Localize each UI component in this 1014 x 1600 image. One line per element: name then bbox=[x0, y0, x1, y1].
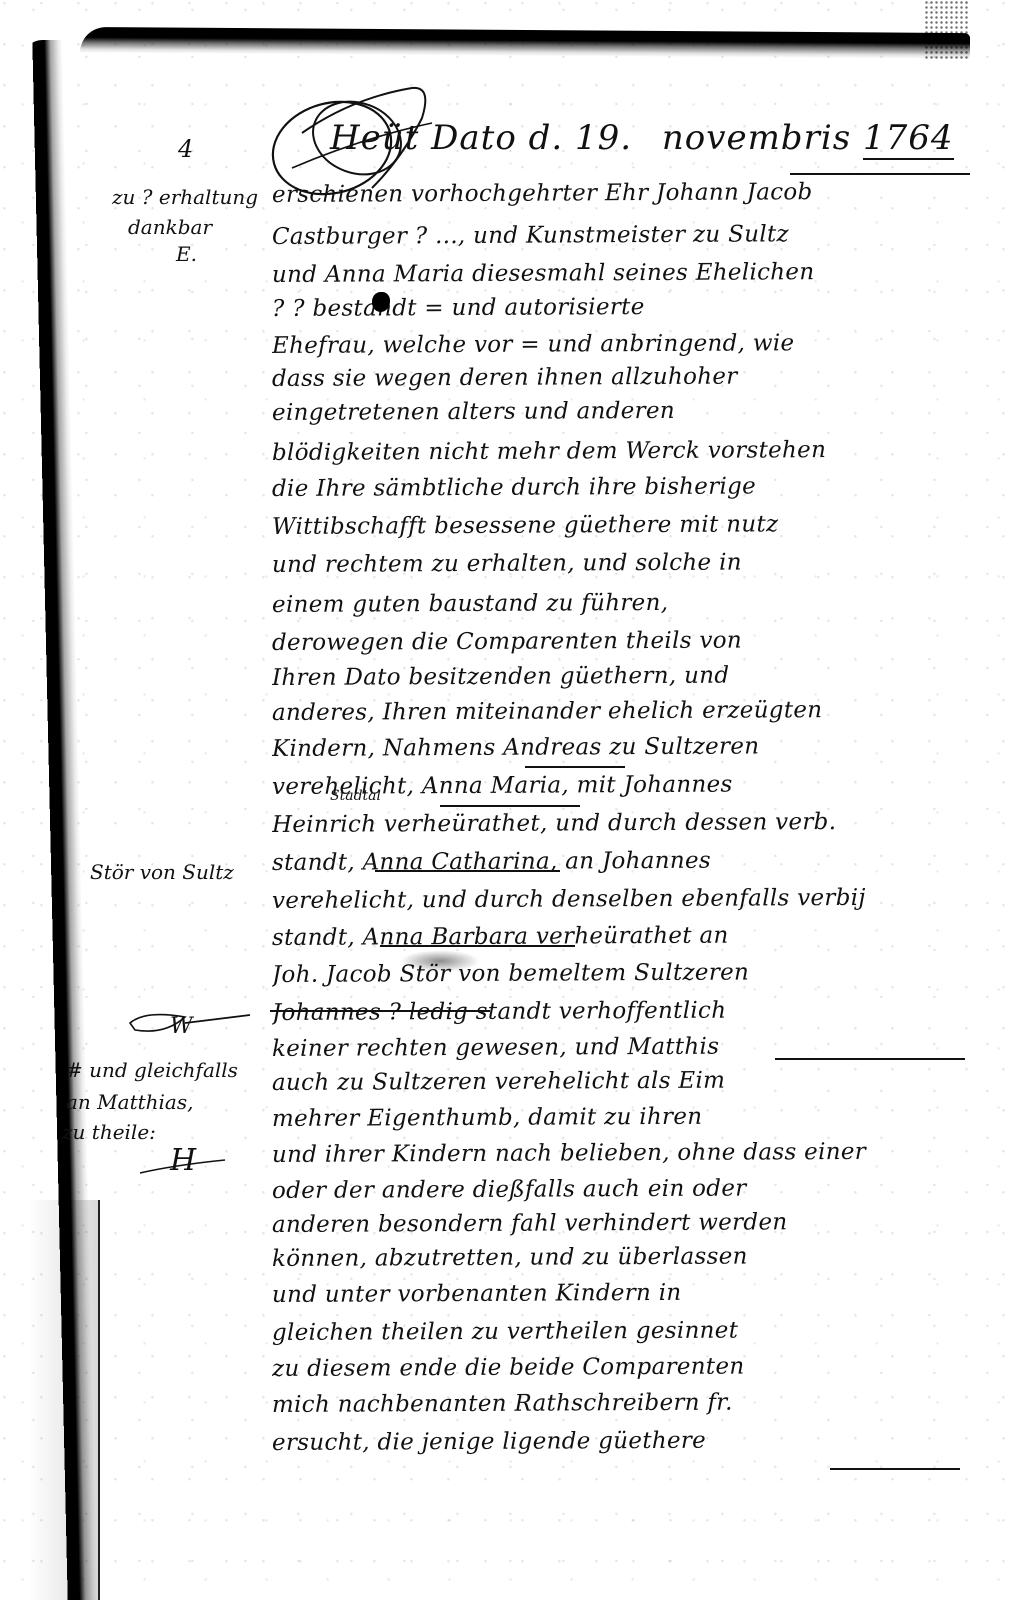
body-line-34: mich nachbenanten Rathschreibern fr. bbox=[272, 1388, 972, 1418]
body-line-12: einem guten baustand zu führen, bbox=[272, 588, 972, 618]
body-line-32: gleichen theilen zu vertheilen gesinnet bbox=[272, 1316, 972, 1346]
body-line-25: auch zu Sultzeren verehelicht als Eim bbox=[272, 1066, 972, 1096]
body-line-26: mehrer Eigenthumb, damit zu ihren bbox=[272, 1102, 972, 1132]
page-top-edge bbox=[80, 27, 970, 59]
heading-year: 1764 bbox=[863, 118, 954, 160]
body-line-22: Joh. Jacob Stör von bemeltem Sultzeren bbox=[272, 958, 972, 988]
body-line-17: verehelicht, Anna Maria, mit Johannes bbox=[272, 770, 972, 800]
body-line-29: anderen besondern fahl verhindert werden bbox=[272, 1208, 972, 1238]
margin-note-top-line3: E. bbox=[176, 242, 197, 266]
page-fold-edge bbox=[28, 1200, 100, 1600]
body-line-19: standt, Anna Catharina, an Johannes bbox=[272, 846, 972, 876]
margin-note-top-line2: dankbar bbox=[128, 215, 212, 239]
heading-month: novembris bbox=[662, 118, 851, 158]
body-line-16: Kindern, Nahmens Andreas zu Sultzeren bbox=[272, 732, 972, 762]
body-line-10: Wittibschafft besessene güethere mit nut… bbox=[272, 510, 972, 540]
margin-note-middle: Stör von Sultz bbox=[90, 860, 234, 884]
body-line-11: und rechtem zu erhalten, und solche in bbox=[272, 548, 972, 578]
body-line-3: und Anna Maria diesesmahl seines Ehelich… bbox=[272, 258, 972, 288]
svg-text:H: H bbox=[169, 1143, 197, 1178]
body-line-21: standt, Anna Barbara verheürathet an bbox=[272, 921, 972, 951]
body-line-1: erschienen vorhochgehrter Ehr Johann Jac… bbox=[272, 178, 972, 208]
body-line-7: eingetretenen alters und anderen bbox=[272, 396, 972, 426]
body-line-13: derowegen die Comparenten theils von bbox=[272, 626, 972, 656]
margin-note-lower-line2: an Matthias, bbox=[66, 1090, 193, 1114]
body-line-27: und ihrer Kindern nach belieben, ohne da… bbox=[272, 1138, 972, 1168]
body-line-8: blödigkeiten nicht mehr dem Werck vorste… bbox=[272, 436, 972, 466]
underline-anna-maria bbox=[440, 805, 580, 807]
ink-smudge bbox=[400, 950, 480, 972]
underline-anna-catharina bbox=[375, 870, 560, 872]
body-line-2: Castburger ? ..., und Kunstmeister zu Su… bbox=[272, 220, 972, 250]
underline-anna-barbara bbox=[380, 945, 575, 947]
underline-matthis bbox=[775, 1058, 965, 1060]
margin-note-top-line1: zu ? erhaltung bbox=[112, 185, 258, 209]
body-line-35: ersucht, die jenige ligende güethere bbox=[272, 1426, 972, 1456]
heading-date-prefix: Heüt Dato d. 19. bbox=[330, 118, 632, 158]
document-heading: Heüt Dato d. 19. novembris 1764 bbox=[330, 118, 980, 158]
body-line-33: zu diesem ende die beide Comparenten bbox=[272, 1352, 972, 1382]
underline-johannes bbox=[270, 1010, 490, 1012]
body-line-15: anderes, Ihren miteinander ehelich erzeü… bbox=[272, 696, 972, 726]
closing-line-stroke bbox=[830, 1468, 960, 1470]
paraph-h-icon: H bbox=[135, 1135, 235, 1185]
heading-underline bbox=[790, 173, 970, 175]
page-number-mark: 4 bbox=[178, 135, 193, 163]
body-line-30: können, abzutretten, und zu überlassen bbox=[272, 1242, 972, 1272]
body-line-6: dass sie wegen deren ihnen allzuhoher bbox=[272, 362, 972, 392]
body-line-31: und unter vorbenanten Kindern in bbox=[272, 1278, 972, 1308]
body-line-20: verehelicht, und durch denselben ebenfal… bbox=[272, 884, 972, 914]
paraph-w-icon: W bbox=[125, 1005, 255, 1045]
body-line-18: Heinrich verheürathet, und durch dessen … bbox=[272, 808, 972, 838]
body-line-28: oder der andere dießfalls auch ein oder bbox=[272, 1174, 972, 1204]
body-line-9: die Ihre sämbtliche durch ihre bisherige bbox=[272, 472, 972, 502]
body-line-14: Ihren Dato besitzenden güethern, und bbox=[272, 661, 972, 691]
body-line-5: Ehefrau, welche vor = und anbringend, wi… bbox=[272, 329, 972, 359]
svg-text:W: W bbox=[170, 1014, 195, 1039]
page-corner-shadow bbox=[924, 0, 970, 60]
margin-note-lower-line1: # und gleichfalls bbox=[66, 1058, 238, 1082]
underline-andreas bbox=[525, 766, 625, 768]
